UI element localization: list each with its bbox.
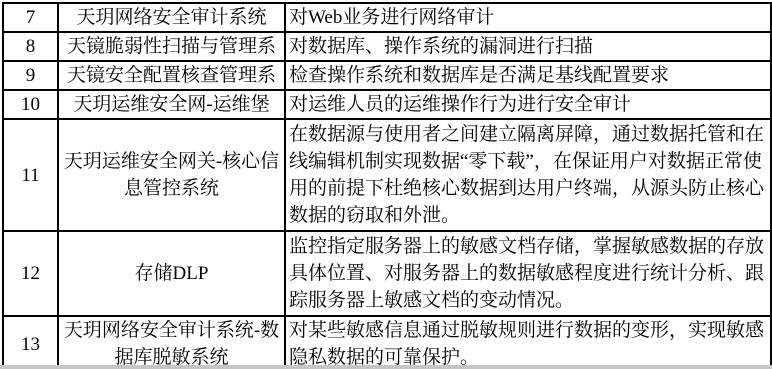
- bottom-edge-strip: [0, 365, 772, 369]
- row-number-cell: 9: [3, 61, 58, 90]
- table-body: 7天玥网络安全审计系统对Web业务进行网络审计8天镜脆弱性扫描与管理系对数据库、…: [3, 3, 771, 369]
- product-name-cell: 天镜脆弱性扫描与管理系: [58, 32, 285, 61]
- table-row: 11天玥运维安全网关-核心信息管控系统在数据源与使用者之间建立隔离屏障，通过数据…: [3, 119, 771, 231]
- product-description-cell: 监控指定服务器上的敏感文档存储，掌握敏感数据的存放具体位置、对服务器上的数据敏感…: [285, 231, 771, 316]
- table-row: 9天镜安全配置核查管理系检查操作系统和数据库是否满足基线配置要求: [3, 61, 771, 90]
- product-name-cell: 天玥网络安全审计系统-数据库脱敏系统: [58, 316, 285, 369]
- table-row: 8天镜脆弱性扫描与管理系对数据库、操作系统的漏洞进行扫描: [3, 32, 771, 61]
- product-description-cell: 在数据源与使用者之间建立隔离屏障，通过数据托管和在线编辑机制实现数据“零下载”，…: [285, 119, 771, 231]
- product-name-cell: 天玥运维安全网-运维堡: [58, 90, 285, 119]
- product-name-cell: 天玥运维安全网关-核心信息管控系统: [58, 119, 285, 231]
- row-number-cell: 12: [3, 231, 58, 316]
- row-number-cell: 10: [3, 90, 58, 119]
- product-description-cell: 对运维人员的运维操作行为进行安全审计: [285, 90, 771, 119]
- product-description-cell: 对Web业务进行网络审计: [285, 3, 771, 32]
- row-number-cell: 11: [3, 119, 58, 231]
- product-description-cell: 对某些敏感信息通过脱敏规则进行数据的变形，实现敏感隐私数据的可靠保护。: [285, 316, 771, 369]
- product-name-cell: 天玥网络安全审计系统: [58, 3, 285, 32]
- product-description-cell: 检查操作系统和数据库是否满足基线配置要求: [285, 61, 771, 90]
- product-description-cell: 对数据库、操作系统的漏洞进行扫描: [285, 32, 771, 61]
- table-row: 12存储DLP监控指定服务器上的敏感文档存储，掌握敏感数据的存放具体位置、对服务…: [3, 231, 771, 316]
- product-name-cell: 存储DLP: [58, 231, 285, 316]
- table-row: 10天玥运维安全网-运维堡对运维人员的运维操作行为进行安全审计: [3, 90, 771, 119]
- product-name-cell: 天镜安全配置核查管理系: [58, 61, 285, 90]
- table-row: 7天玥网络安全审计系统对Web业务进行网络审计: [3, 3, 771, 32]
- table-row: 13天玥网络安全审计系统-数据库脱敏系统对某些敏感信息通过脱敏规则进行数据的变形…: [3, 316, 771, 369]
- row-number-cell: 8: [3, 32, 58, 61]
- product-table: 7天玥网络安全审计系统对Web业务进行网络审计8天镜脆弱性扫描与管理系对数据库、…: [2, 2, 772, 369]
- row-number-cell: 13: [3, 316, 58, 369]
- row-number-cell: 7: [3, 3, 58, 32]
